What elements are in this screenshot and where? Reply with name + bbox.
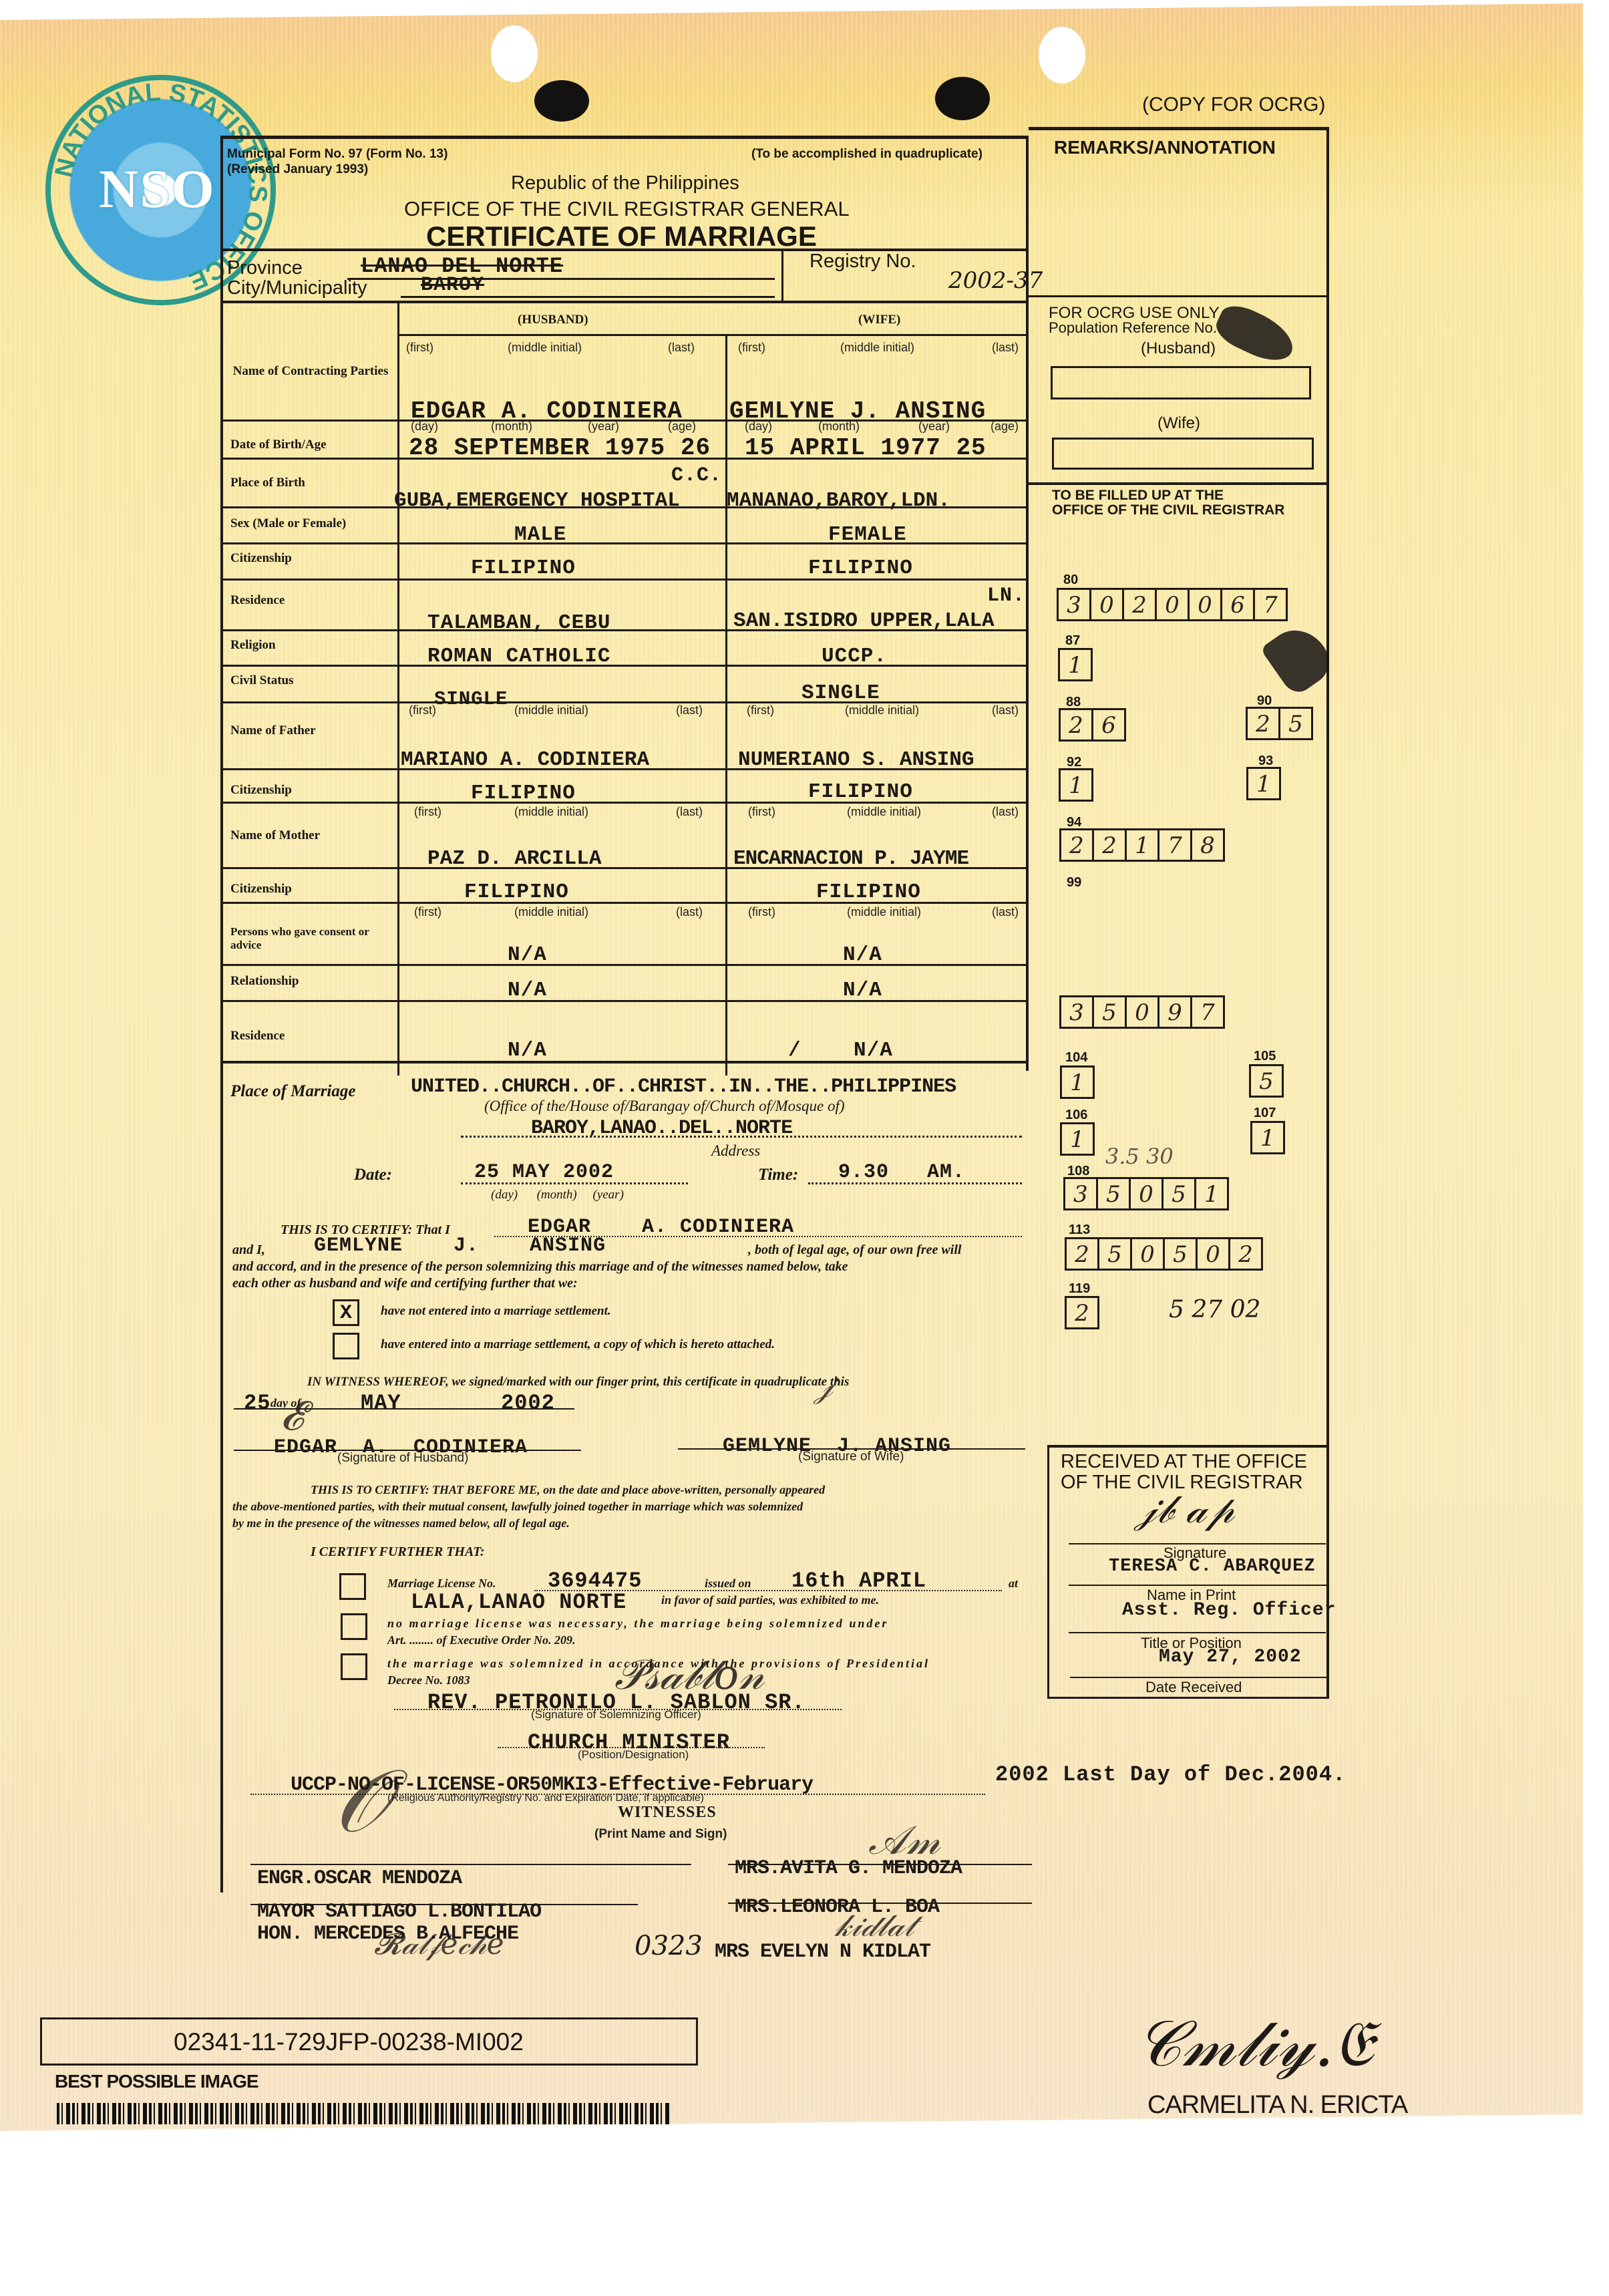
husband-mother-citizenship: FILIPINO xyxy=(464,880,569,904)
frame-line xyxy=(1029,127,1329,130)
remarks-title: REMARKS/ANNOTATION xyxy=(1054,137,1276,158)
husband-consent-residence: N/A xyxy=(508,1039,547,1062)
subhead-middle: (middle initial) xyxy=(847,905,921,919)
digit: 1 xyxy=(1060,650,1091,679)
certify-further: I CERTIFY FURTHER THAT: xyxy=(311,1544,485,1560)
wife-consent-residence: / N/A xyxy=(788,1039,893,1062)
subhead-middle: (middle initial) xyxy=(840,341,914,355)
copy-label: (COPY FOR OCRG) xyxy=(1142,94,1325,116)
witnesses-title: WITNESSES xyxy=(618,1804,717,1822)
frame-line xyxy=(220,301,1029,303)
certify-line2-suffix: , both of legal age, of our own free wil… xyxy=(748,1243,961,1258)
certify-wife-name: GEMLYNE J. ANSING xyxy=(314,1235,606,1257)
code-107-cells[interactable]: 1 xyxy=(1250,1121,1285,1154)
city-label: City/Municipality xyxy=(227,277,367,299)
row-divider xyxy=(220,629,1029,631)
subhead-middle: (middle initial) xyxy=(847,805,921,819)
code-104-cells[interactable]: 1 xyxy=(1060,1065,1095,1099)
code-113-cells[interactable]: 250502 xyxy=(1065,1237,1263,1271)
frame-line xyxy=(1047,1445,1049,1699)
issued-on: issued on xyxy=(705,1577,751,1591)
wife-relationship: N/A xyxy=(843,979,882,1002)
underline xyxy=(728,1903,1032,1904)
code-94-cells[interactable]: 22178 xyxy=(1059,828,1225,862)
label-column-divider xyxy=(397,301,399,1076)
digit: 5 xyxy=(1280,709,1311,738)
digit: 1 xyxy=(1127,830,1159,860)
digit: 2 xyxy=(1230,1239,1261,1269)
row-label-mother-citizenship: Citizenship xyxy=(230,882,292,896)
row-divider xyxy=(220,768,1029,770)
registry-label: Registry No. xyxy=(810,251,916,273)
date-hint: (day) (month) (year) xyxy=(491,1188,624,1202)
field-number: 87 xyxy=(1065,633,1080,649)
row-label-name: Name of Contracting Parties xyxy=(227,364,394,379)
code-108-note: 3.5 30 xyxy=(1105,1144,1174,1169)
digit: 1 xyxy=(1062,1124,1093,1154)
row-divider xyxy=(220,802,1029,804)
digit: 3 xyxy=(1065,1179,1098,1208)
date-label: Date: xyxy=(354,1166,392,1184)
row-label-sex: Sex (Male or Female) xyxy=(230,516,346,531)
witness-signature: 𝓀𝒾𝒹𝓁𝒶𝓉 xyxy=(835,1907,914,1945)
marriage-date: 25 MAY 2002 xyxy=(474,1161,614,1184)
subhead-first: (first) xyxy=(414,805,441,819)
digit: 0 xyxy=(1132,1239,1165,1269)
whereof-text: IN WITNESS WHEREOF, we signed/marked wit… xyxy=(307,1375,849,1389)
address-dots xyxy=(461,1136,1022,1138)
license-prefix: Marriage License No. xyxy=(387,1577,496,1591)
frame-line xyxy=(220,136,1029,139)
digit: 1 xyxy=(1252,1123,1283,1152)
husband-sig-label: (Signature of Husband) xyxy=(337,1451,468,1466)
row-label-religion: Religion xyxy=(230,638,276,653)
subhead-day: (day) xyxy=(411,420,438,434)
digit: 1 xyxy=(1248,769,1279,798)
license-checkbox[interactable] xyxy=(339,1573,366,1600)
row-label-consent-residence: Residence xyxy=(230,1029,285,1043)
underline xyxy=(1069,1585,1329,1586)
subhead-last: (last) xyxy=(676,703,703,717)
subhead-day: (day) xyxy=(745,420,772,434)
place-value: UNITED..CHURCH..OF..CHRIST..IN..THE..PHI… xyxy=(411,1076,956,1098)
punch-hole xyxy=(1039,27,1085,84)
row-divider xyxy=(220,964,1029,966)
office-label: OFFICE OF THE CIVIL REGISTRAR GENERAL xyxy=(404,197,850,221)
code-93-cells[interactable]: 1 xyxy=(1246,767,1281,800)
digit: 0 xyxy=(1091,590,1124,619)
wife-consent: N/A xyxy=(843,943,882,967)
wife-birthplace: MANANAO,BAROY,LDN. xyxy=(727,489,950,512)
row-label-mother: Name of Mother xyxy=(230,828,320,843)
subhead-first: (first) xyxy=(747,703,774,717)
barcode xyxy=(57,2103,671,2124)
subhead-age: (age) xyxy=(991,420,1019,434)
no-license-checkbox[interactable] xyxy=(341,1613,367,1640)
code-87-cells[interactable]: 1 xyxy=(1058,648,1093,681)
received-position: Asst. Reg. Officer xyxy=(1122,1600,1336,1621)
witness-right-1: MRS.AVITA G. MENDOZA xyxy=(735,1857,962,1880)
address-label: Address xyxy=(711,1142,760,1160)
digit: 7 xyxy=(1192,997,1223,1027)
fill-up-2: OFFICE OF THE CIVIL REGISTRAR xyxy=(1052,502,1284,518)
subhead-last: (last) xyxy=(676,805,703,819)
frame-line xyxy=(1047,1445,1329,1448)
digit: 5 xyxy=(1251,1066,1282,1096)
row-label-father: Name of Father xyxy=(230,723,316,738)
code-90-cells[interactable]: 25 xyxy=(1246,707,1313,740)
digit: 9 xyxy=(1159,997,1192,1027)
digit: 2 xyxy=(1061,710,1093,740)
certify-line4: each other as husband and wife and certi… xyxy=(232,1276,578,1291)
settlement-checkbox[interactable] xyxy=(333,1333,359,1359)
control-number: 02341-11-729JFP-00238-MI002 xyxy=(174,2028,524,2056)
registry-value: 2002-37 xyxy=(948,267,1043,294)
code-119-note: 5 27 02 xyxy=(1169,1296,1260,1323)
subhead-first: (first) xyxy=(738,341,765,355)
ink-blot xyxy=(935,77,990,120)
field-number: 113 xyxy=(1069,1222,1090,1238)
certifier-signature: 𝒞𝓂𝓁𝒾𝓎.𝔈 xyxy=(1135,2007,1373,2082)
subhead-last: (last) xyxy=(668,341,695,355)
certificate-paper xyxy=(0,3,1583,2131)
underline xyxy=(401,296,775,298)
row-label-consent: Persons who gave consent or advice xyxy=(230,925,391,952)
city-value: BAROY xyxy=(421,274,484,297)
digit: 5 xyxy=(1165,1239,1198,1269)
place-hint: (Office of the/House of/Barangay of/Chur… xyxy=(484,1098,845,1115)
subhead-last: (last) xyxy=(992,805,1019,819)
solemnizer-certify-3: by me in the presence of the witnesses n… xyxy=(232,1516,570,1530)
witness-note: 0323 xyxy=(635,1931,703,1961)
nso-logo-text: NSO xyxy=(99,158,216,220)
row-divider xyxy=(220,902,1029,904)
witness-signature: 𝒪 xyxy=(334,1750,389,1853)
time-label: Time: xyxy=(758,1166,798,1184)
wife-ref-label: (Wife) xyxy=(1157,414,1200,433)
frame-line xyxy=(1047,1697,1329,1699)
marriage-time: 9.30 AM. xyxy=(838,1161,965,1184)
row-label-relationship: Relationship xyxy=(230,974,299,989)
underline xyxy=(1070,1677,1327,1678)
authority-suffix: 2002 Last Day of Dec.2004. xyxy=(995,1762,1346,1787)
digit: 5 xyxy=(1099,1239,1132,1269)
row-divider xyxy=(220,1061,1029,1063)
frame-line xyxy=(1326,127,1329,1697)
authority-label: (Religious Authority/Registry No. and Ex… xyxy=(387,1792,704,1804)
digit: 5 xyxy=(1094,997,1127,1027)
wife-signature: 𝒿 xyxy=(815,1366,833,1406)
settlement-text: have entered into a marriage settlement,… xyxy=(381,1337,775,1352)
subhead-first: (first) xyxy=(414,905,441,919)
check-mark: X xyxy=(335,1301,357,1325)
code-99-cells[interactable]: 35097 xyxy=(1059,995,1225,1029)
subhead-last: (last) xyxy=(992,341,1019,355)
row-label-dob: Date of Birth/Age xyxy=(230,438,327,452)
field-number: 107 xyxy=(1254,1106,1276,1121)
witness-signature: 𝓡𝒶𝓁𝒻𝑒𝒸𝒽𝑒 xyxy=(374,1927,504,1961)
digit: 0 xyxy=(1131,1179,1164,1208)
witness-year: 2002 xyxy=(501,1391,555,1416)
husband-civil-status: SINGLE xyxy=(434,688,508,710)
underline xyxy=(347,278,775,280)
subhead-middle: (middle initial) xyxy=(514,905,588,919)
wife-father-citizenship: FILIPINO xyxy=(808,780,913,804)
pd-checkbox[interactable] xyxy=(341,1653,367,1680)
wife-ref-input[interactable] xyxy=(1052,438,1314,470)
row-divider xyxy=(220,420,1029,422)
frame-line xyxy=(781,249,783,301)
code-105-cells[interactable]: 5 xyxy=(1249,1064,1284,1098)
place-label: Place of Marriage xyxy=(230,1082,355,1101)
digit: 0 xyxy=(1127,997,1159,1027)
received-title-1: RECEIVED AT THE OFFICE xyxy=(1061,1451,1307,1473)
quadruplicate-note: (To be accomplished in quadruplicate) xyxy=(751,147,982,162)
underline xyxy=(250,1904,638,1905)
subhead-middle: (middle initial) xyxy=(508,341,582,355)
husband-citizenship: FILIPINO xyxy=(471,556,576,580)
time-dots xyxy=(808,1182,1022,1184)
row-divider xyxy=(220,665,1029,667)
received-date: May 27, 2002 xyxy=(1159,1647,1302,1667)
row-divider xyxy=(220,867,1029,869)
license-suffix: in favor of said parties, was exhibited … xyxy=(661,1593,879,1607)
row-divider xyxy=(220,1000,1029,1002)
digit: 2 xyxy=(1248,709,1280,738)
husband-ref-label: (Husband) xyxy=(1141,339,1216,358)
subhead-first: (first) xyxy=(409,703,436,717)
registrar-signature: 𝒿𝒷 𝒶𝓅 xyxy=(1135,1486,1234,1532)
wife-mother-citizenship: FILIPINO xyxy=(816,880,921,904)
digit: 5 xyxy=(1164,1179,1196,1208)
husband-header: (HUSBAND) xyxy=(518,313,588,327)
code-119-cells[interactable]: 2 xyxy=(1065,1296,1099,1329)
solemnizer-certify-2: the above-mentioned parties, with their … xyxy=(232,1500,803,1514)
row-label-residence: Residence xyxy=(230,593,285,608)
subhead-first: (first) xyxy=(748,905,775,919)
field-number: 80 xyxy=(1063,572,1078,588)
digit: 1 xyxy=(1062,1068,1093,1097)
subhead-first: (first) xyxy=(748,805,775,819)
field-number: 105 xyxy=(1254,1049,1276,1064)
underline xyxy=(728,1864,1032,1865)
subhead-year: (year) xyxy=(588,420,619,434)
form-revised: (Revised January 1993) xyxy=(227,162,368,177)
population-ref: Population Reference No. xyxy=(1049,319,1217,337)
field-number: 104 xyxy=(1065,1050,1087,1065)
row-label-citizenship: Citizenship xyxy=(230,551,292,566)
husband-birthplace-top: C.C. xyxy=(671,464,722,487)
husband-relationship: N/A xyxy=(508,979,547,1002)
wife-header: (WIFE) xyxy=(858,313,900,327)
frame-line xyxy=(220,136,223,1893)
row-divider xyxy=(220,579,1029,581)
certificate-title: CERTIFICATE OF MARRIAGE xyxy=(426,220,817,253)
digit: 2 xyxy=(1067,1298,1097,1327)
code-92-cells[interactable]: 1 xyxy=(1059,768,1093,802)
subhead-last: (last) xyxy=(992,905,1019,919)
issued-place: LALA,LANAO NORTE xyxy=(411,1590,627,1615)
subhead-middle: (middle initial) xyxy=(514,805,588,819)
subhead-middle: (middle initial) xyxy=(845,703,919,717)
frame-line xyxy=(397,334,1029,336)
republic-label: Republic of the Philippines xyxy=(511,172,739,194)
underline xyxy=(1069,1632,1326,1633)
row-label-father-citizenship: Citizenship xyxy=(230,783,292,798)
digit: 8 xyxy=(1192,830,1223,860)
husband-consent: N/A xyxy=(508,943,547,967)
issued-at: at xyxy=(1009,1577,1018,1591)
witness-month: MAY xyxy=(361,1391,401,1416)
province-label: Province xyxy=(227,257,303,279)
subhead-middle: (middle initial) xyxy=(514,703,588,717)
digit: 2 xyxy=(1067,1239,1099,1269)
date-received-label: Date Received xyxy=(1145,1679,1242,1696)
code-106-cells[interactable]: 1 xyxy=(1060,1122,1095,1156)
code-88-cells[interactable]: 26 xyxy=(1059,708,1126,742)
digit: 1 xyxy=(1061,770,1091,800)
no-settlement-checkbox[interactable]: X xyxy=(333,1299,359,1326)
row-divider xyxy=(220,542,1029,544)
no-settlement-text: have not entered into a marriage settlem… xyxy=(381,1304,611,1319)
digit: 0 xyxy=(1157,590,1190,619)
certifier-name: CARMELITA N. ERICTA xyxy=(1147,2091,1407,2120)
no-license-2: Art. ........ of Executive Order No. 209… xyxy=(387,1633,575,1647)
row-label-birthplace: Place of Birth xyxy=(230,476,305,490)
solemnizer-name-label: (Signature of Solemnizing Officer) xyxy=(531,1708,701,1721)
digit: 7 xyxy=(1159,830,1192,860)
digit: 2 xyxy=(1094,830,1127,860)
wife-residence-top: LN. xyxy=(987,585,1025,607)
digit: 3 xyxy=(1059,590,1091,619)
solemnizer-certify-1: THIS IS TO CERTIFY: THAT BEFORE ME, on t… xyxy=(311,1483,825,1497)
received-name: TERESA C. ABARQUEZ xyxy=(1109,1556,1316,1577)
wife-sig-label: (Signature of Wife) xyxy=(798,1450,904,1464)
date-dots xyxy=(461,1182,688,1184)
ink-blot xyxy=(534,80,589,122)
subhead-last: (last) xyxy=(992,703,1019,717)
digit: 6 xyxy=(1222,590,1255,619)
digit: 6 xyxy=(1093,710,1124,740)
subhead-first: (first) xyxy=(406,341,433,355)
digit: 2 xyxy=(1061,830,1094,860)
field-number: 106 xyxy=(1065,1108,1087,1123)
subhead-year: (year) xyxy=(918,420,950,434)
form-number: Municipal Form No. 97 (Form No. 13) xyxy=(227,147,448,162)
row-label-civil-status: Civil Status xyxy=(230,673,294,688)
row-divider xyxy=(220,458,1029,460)
digit: 5 xyxy=(1098,1179,1131,1208)
husband-ref-input[interactable] xyxy=(1051,366,1311,399)
fill-up-1: TO BE FILLED UP AT THE xyxy=(1052,488,1224,504)
frame-line xyxy=(1029,482,1329,485)
witness-right-3: MRS EVELYN N KIDLAT xyxy=(715,1941,930,1963)
subhead-month: (month) xyxy=(491,420,532,434)
husband-birthplace: GUBA,EMERGENCY HOSPITAL xyxy=(394,489,680,512)
row-divider xyxy=(220,506,1029,508)
frame-line xyxy=(1029,295,1329,297)
code-108-cells[interactable]: 35051 xyxy=(1063,1177,1229,1210)
field-number: 119 xyxy=(1069,1281,1090,1297)
digit: 0 xyxy=(1190,590,1222,619)
pd-2: Decree No. 1083 xyxy=(387,1673,470,1687)
digit: 0 xyxy=(1198,1239,1230,1269)
witness-left-1: ENGR.OSCAR MENDOZA xyxy=(257,1867,462,1890)
digit: 1 xyxy=(1196,1179,1227,1208)
certify-line3: and accord, and in the presence of the p… xyxy=(232,1259,848,1275)
code-80-cells[interactable]: 3020067 xyxy=(1057,588,1288,621)
punch-hole xyxy=(491,25,538,82)
best-possible-image: BEST POSSIBLE IMAGE xyxy=(55,2071,258,2092)
certify-line2-prefix: and I, xyxy=(232,1243,265,1258)
witnesses-subtitle: (Print Name and Sign) xyxy=(594,1827,727,1842)
witness-day: 25 xyxy=(244,1391,271,1416)
subhead-last: (last) xyxy=(676,905,703,919)
underline xyxy=(250,1864,691,1865)
digit: 2 xyxy=(1124,590,1157,619)
wife-citizenship: FILIPINO xyxy=(808,556,913,580)
solemnizer-position-label: (Position/Designation) xyxy=(578,1748,689,1762)
no-license-1: no marriage license was necessary, the m… xyxy=(387,1617,888,1631)
husband-signature: 𝓔 xyxy=(281,1393,303,1440)
subhead-month: (month) xyxy=(818,420,860,434)
digit: 3 xyxy=(1061,997,1094,1027)
subhead-age: (age) xyxy=(668,420,696,434)
field-number: 99 xyxy=(1067,875,1081,890)
digit: 7 xyxy=(1255,590,1286,619)
